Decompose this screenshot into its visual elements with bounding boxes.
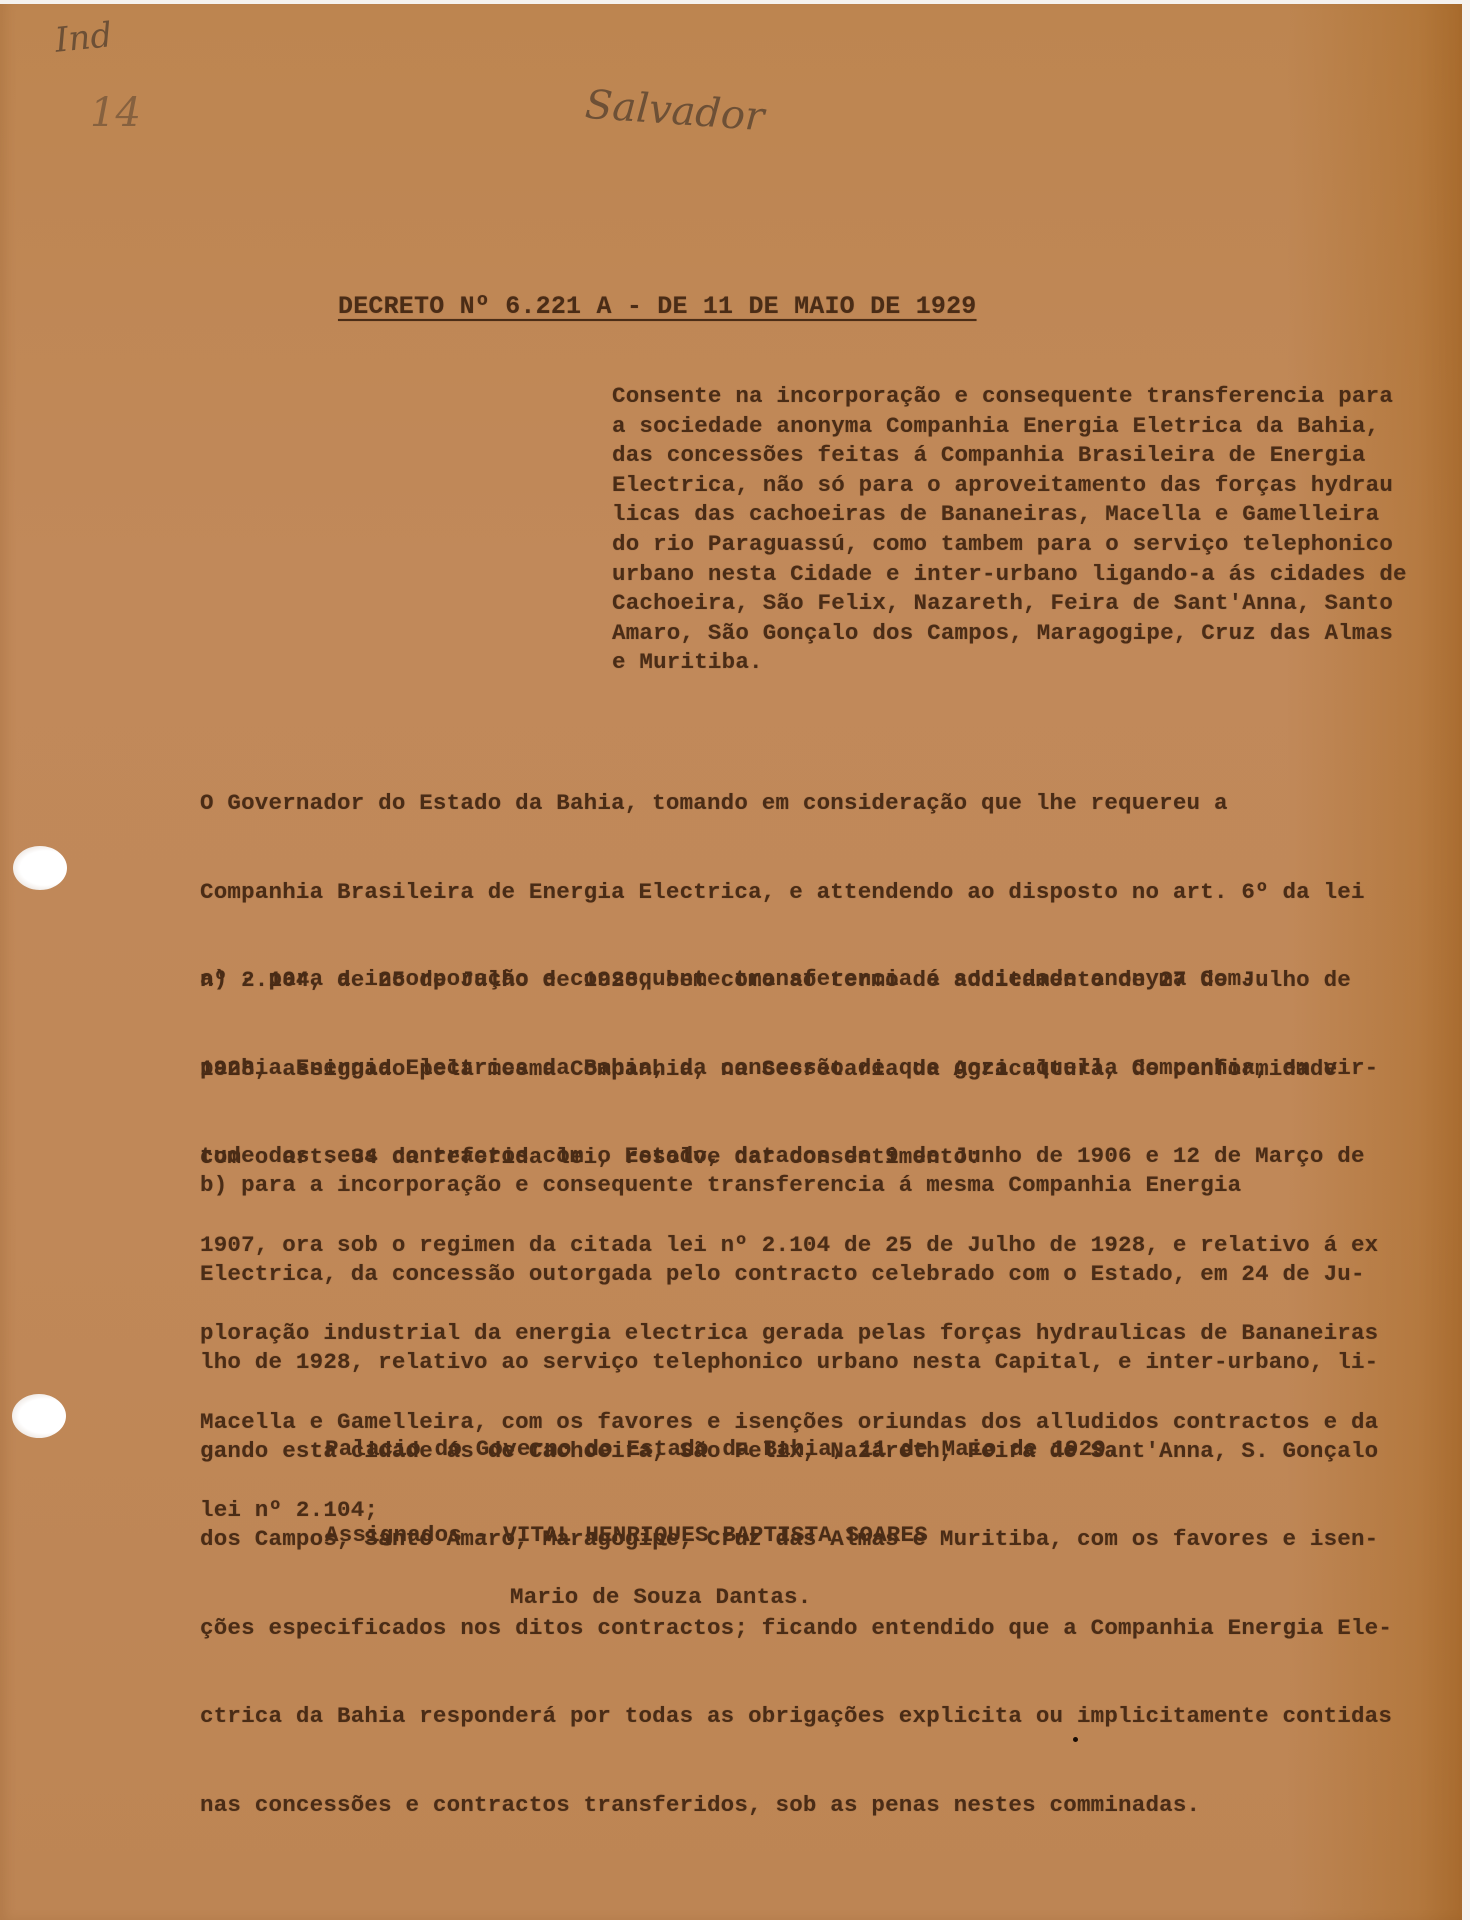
- handwritten-number-top-left: 14: [90, 90, 141, 136]
- summary-line: e Muritiba.: [612, 648, 1442, 678]
- clause-b-line: Electrica, da concessão outorgada pelo c…: [200, 1260, 1450, 1290]
- preamble-line: O Governador do Estado da Bahia, tomando…: [200, 789, 1450, 819]
- punch-hole-icon: [13, 846, 67, 890]
- clause-a-line: a) - para a incorporação e consequente t…: [200, 965, 1450, 995]
- clause-b-line: b) para a incorporação e consequente tra…: [200, 1171, 1450, 1201]
- decree-title: DECRETO Nº 6.221 A - DE 11 DE MAIO DE 19…: [338, 292, 977, 321]
- summary-line: a sociedade anonyma Companhia Energia El…: [612, 412, 1442, 442]
- scan-border-right: [1462, 0, 1470, 1920]
- decree-summary: Consente na incorporação e consequente t…: [612, 382, 1442, 678]
- clause-b-line: ctrica da Bahia responderá por todas as …: [200, 1702, 1450, 1732]
- summary-line: urbano nesta Cidade e inter-urbano ligan…: [612, 560, 1442, 590]
- signatories-line: Assignados - VITAL HENRIQUES BAPTISTA SO…: [325, 1522, 928, 1548]
- summary-line: Consente na incorporação e consequente t…: [612, 382, 1442, 412]
- clause-b-line: nas concessões e contractos transferidos…: [200, 1791, 1450, 1821]
- handwritten-note-top-left: Ind: [53, 15, 114, 61]
- scan-border-top: [0, 0, 1470, 4]
- clause-a-line: panhia Energia Electrica da Bahia, da co…: [200, 1054, 1450, 1084]
- second-signatory: Mario de Souza Dantas.: [510, 1584, 811, 1610]
- summary-line: licas das cachoeiras de Bananeiras, Mace…: [612, 500, 1442, 530]
- handwritten-note-salvador: Salvador: [584, 82, 766, 140]
- clause-b-line: ções especificados nos ditos contractos;…: [200, 1614, 1450, 1644]
- summary-line: Cachoeira, São Felix, Nazareth, Feira de…: [612, 589, 1442, 619]
- punch-hole-icon: [12, 1394, 66, 1438]
- closing-place-date: Palacio do Governo do Estado da Bahia, 1…: [325, 1436, 1120, 1462]
- clause-b: b) para a incorporação e consequente tra…: [200, 1112, 1450, 1879]
- summary-line: Amaro, São Gonçalo dos Campos, Maragogip…: [612, 619, 1442, 649]
- summary-line: do rio Paraguassú, como tambem para o se…: [612, 530, 1442, 560]
- clause-b-line: lho de 1928, relativo ao serviço telepho…: [200, 1348, 1450, 1378]
- document-page: Ind 14 Salvador DECRETO Nº 6.221 A - DE …: [0, 0, 1462, 1920]
- ink-speck: [1073, 1737, 1078, 1742]
- summary-line: Electrica, não só para o aproveitamento …: [612, 471, 1442, 501]
- preamble-line: Companhia Brasileira de Energia Electric…: [200, 878, 1450, 908]
- summary-line: das concessões feitas á Companhia Brasil…: [612, 441, 1442, 471]
